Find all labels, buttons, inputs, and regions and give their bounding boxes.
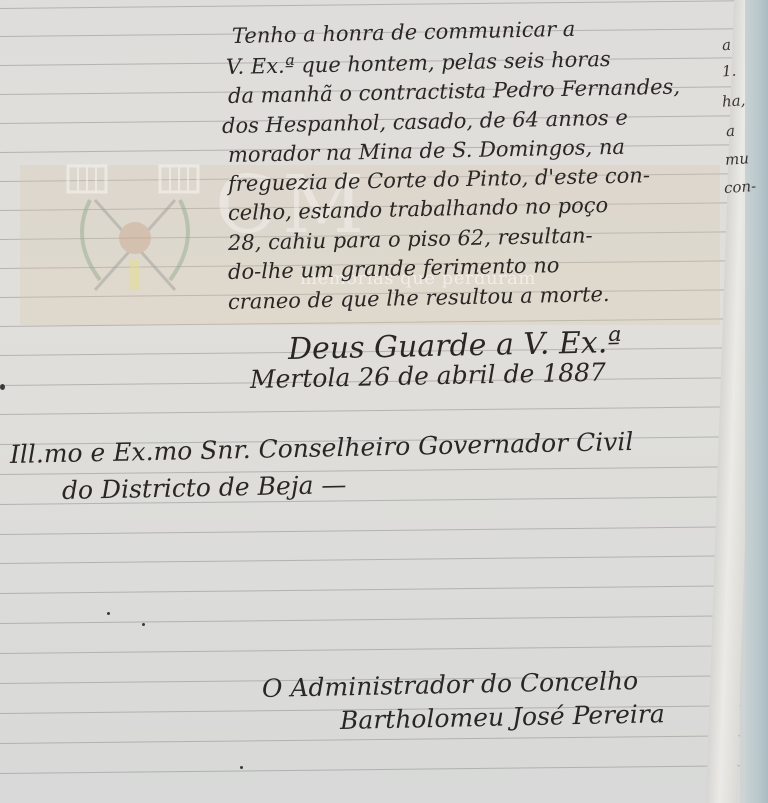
ink-speck [0, 384, 5, 390]
letter-line: da manhã o contractista Pedro Fernandes, [228, 75, 680, 108]
addressee-line: Ill.mo e Ex.mo Snr. Conselheiro Governad… [10, 427, 634, 469]
margin-fragment: ha, [721, 91, 746, 111]
margin-fragment: con- [723, 177, 756, 197]
ruled-line [0, 765, 740, 774]
ruled-line [0, 466, 740, 475]
letter-line: Tenho a honra de communicar a [232, 17, 576, 48]
ruled-line [0, 406, 740, 415]
ruled-line [0, 526, 740, 535]
ruled-line [0, 615, 740, 624]
ruled-line [0, 585, 740, 594]
ruled-line [0, 645, 740, 654]
ruled-line [0, 555, 740, 564]
document-page: CM memórias que perduram Tenho a honra d… [0, 0, 740, 803]
letter-line: morador na Mina de S. Domingos, na [228, 135, 625, 167]
closing-date-place: Mertola 26 de abril de 1887 [250, 358, 606, 394]
ruled-line [0, 0, 740, 9]
margin-fragment: 1. [721, 62, 737, 81]
ruled-line [0, 735, 740, 744]
addressee-line: do Districto de Beja — [62, 470, 347, 505]
ink-speck [142, 623, 145, 626]
margin-fragment: a [725, 122, 735, 141]
ink-speck [240, 766, 243, 769]
underlying-sheet [745, 0, 768, 803]
margin-fragment: a [721, 36, 731, 55]
signature-title: O Administrador do Concelho [262, 666, 639, 703]
signature-name: Bartholomeu José Pereira [340, 699, 665, 735]
letter-line: V. Ex.ª que hontem, pelas seis horas [226, 47, 611, 79]
margin-fragment: mu [724, 149, 749, 169]
watermark-crest-icon [60, 160, 210, 310]
letter-line: dos Hespanhol, casado, de 64 annos e [222, 106, 628, 138]
ink-speck [107, 612, 110, 615]
